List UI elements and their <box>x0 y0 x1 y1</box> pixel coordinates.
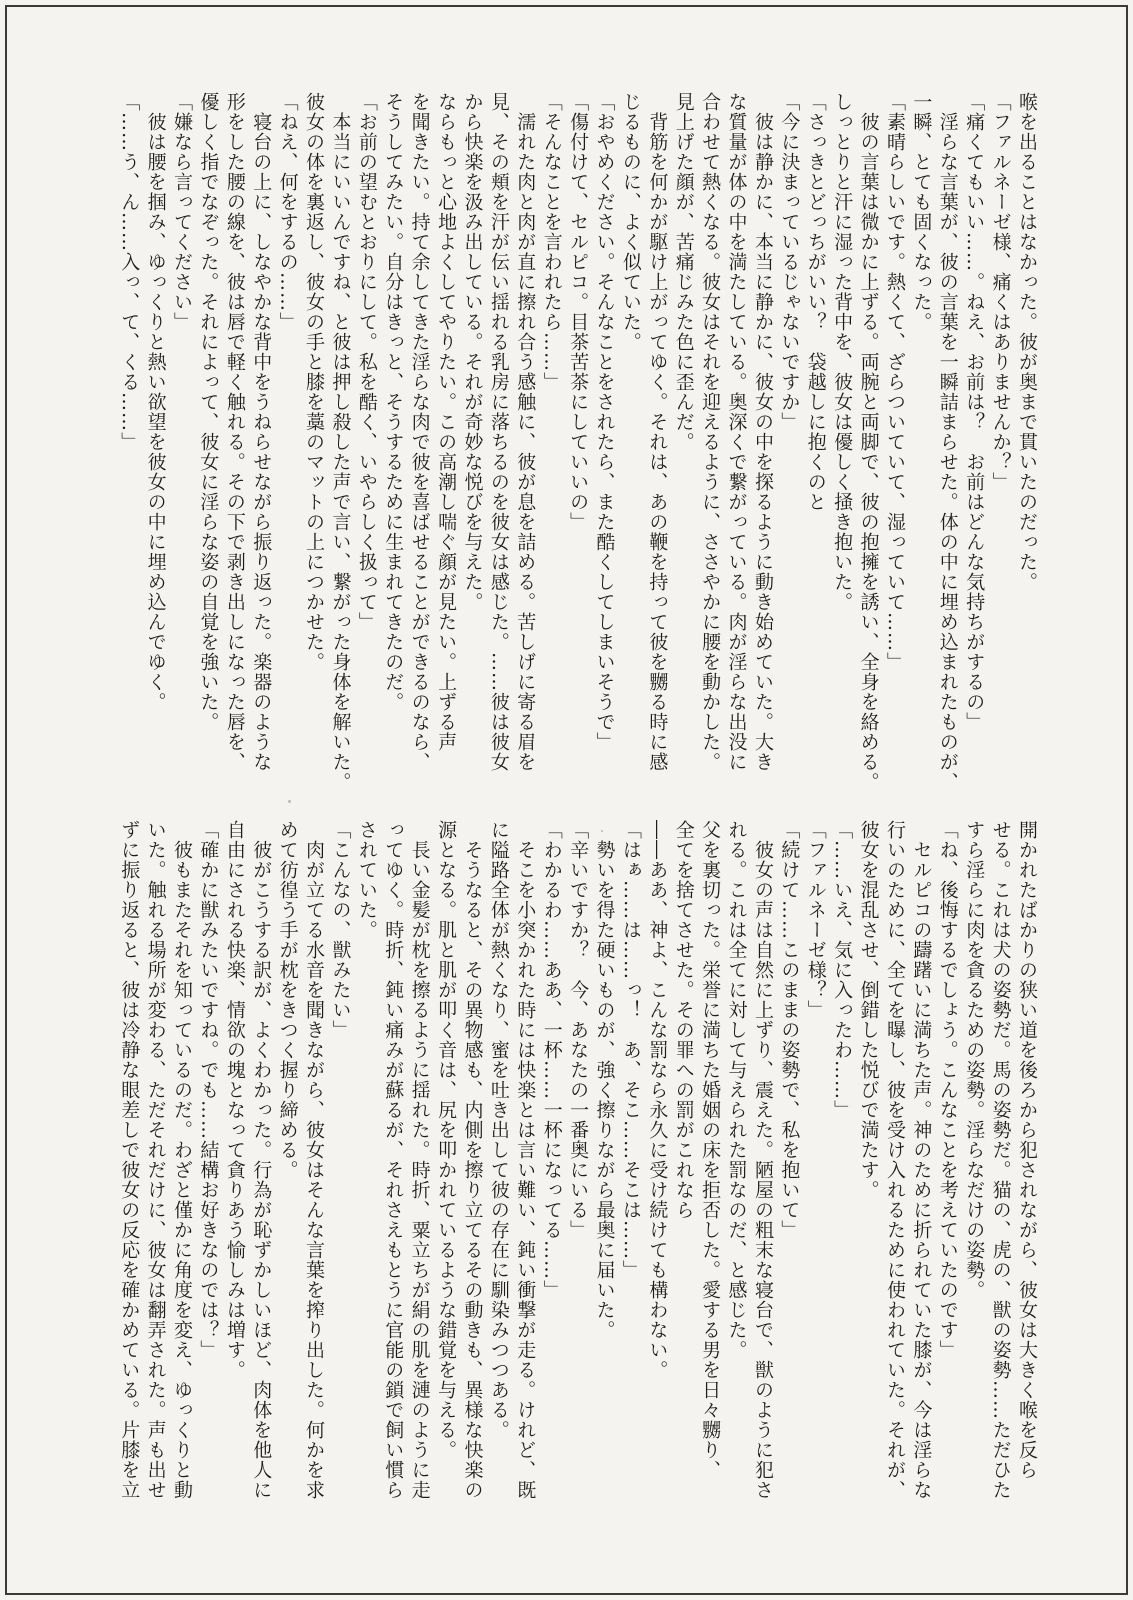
text-column: から快楽を汲み出している。それが奇妙な悦びを与えた。 <box>459 92 485 792</box>
text-column: 「続けて……このままの姿勢で、私を抱いて」 <box>776 820 802 1520</box>
bottom-text-block: 開かれたばかりの狭い道を後ろから犯されながら、彼女は大きく喉を反らせる。これは犬… <box>116 820 1040 1520</box>
text-column: 「こんなの、獣みたい」 <box>327 820 353 1520</box>
text-column: 長い金髪が枕を擦るように揺れた。時折、粟立ちが絹の肌を漣のように走 <box>406 820 432 1520</box>
text-column: 父を裏切った。栄誉に満ちた婚姻の床を拒否した。愛する男を日々嬲り、 <box>697 820 723 1520</box>
text-column: ――ああ、神よ、こんな罰なら永久に受け続けても構わない。 <box>644 820 670 1520</box>
text-column: せる。これは犬の姿勢だ。馬の姿勢だ。猫の、虎の、獣の姿勢……ただひた <box>987 820 1013 1520</box>
text-column: 合わせて熱くなる。彼女はそれを迎えるように、ささやかに腰を動かした。 <box>697 92 723 792</box>
text-column: 見上げた顔が、苦痛じみた色に歪んだ。 <box>670 92 696 792</box>
text-column: れる。これは全てに対して与えられた罰なのだ、と感じた。 <box>723 820 749 1520</box>
text-column: 行いのために、全てを曝し、彼を受け入れるために使われていた。それが、 <box>882 820 908 1520</box>
text-column: 「お前の望むとおりにして。私を酷く、いやらしく扱って」 <box>353 92 379 792</box>
text-column: しっとりと汗に湿った背中を、彼女は優しく掻き抱いた。 <box>829 92 855 792</box>
text-column: 「今に決まっているじゃないですか」 <box>776 92 802 792</box>
text-column: 本当にいいんですね、と彼は押し殺した声で言い、繋がった身体を解いた。 <box>327 92 353 792</box>
text-column: 淫らな言葉が、彼の言葉を一瞬詰まらせた。体の中に埋め込まれたものが、 <box>934 92 960 792</box>
text-column: セルピコの躊躇いに満ちた声。神のために折られていた膝が、今は淫らな <box>908 820 934 1520</box>
text-column: 「嫌なら言ってください」 <box>169 92 195 792</box>
text-column: 濡れた肉と肉が直に擦れ合う感触に、彼が息を詰める。苦しげに寄る眉を <box>512 92 538 792</box>
text-column: な質量が体の中を満たしている。奥深くで繋がっている。肉が淫らな出没に <box>723 92 749 792</box>
top-text-block: 喉を出ることはなかった。彼が奥まで貫いたのだった。「ファルネーゼ様、痛くはありま… <box>116 92 1040 792</box>
text-column: そうしてみたい。自分はきっと、そうするために生まれてきたのだ。 <box>380 92 406 792</box>
text-column: に隘路全体が熱くなり、蜜を吐き出して彼の存在に馴染みつつある。 <box>485 820 511 1520</box>
text-column: 源となる。肌と肌が叩く音は、尻を叩かれているような錯覚を与える。 <box>433 820 459 1520</box>
text-column: すら淫らに肉を貪るための姿勢。淫らなだけの姿勢。 <box>961 820 987 1520</box>
text-column: そうなると、その異物感も、内側を擦り立てるその動きも、異様な快楽の <box>459 820 485 1520</box>
text-column: 彼がこうする訳が、よくわかった。行為が恥ずかしいほど、肉体を他人に <box>248 820 274 1520</box>
text-column: 「ねえ、何をするの……」 <box>274 92 300 792</box>
text-column: 寝台の上に、しなやかな背中をうねらせながら振り返った。楽器のような <box>248 92 274 792</box>
text-column: 優しく指でなぞった。それによって、彼女に淫らな姿の自覚を強いた。 <box>195 92 221 792</box>
text-column: を聞きたい。持て余してきた淫らな肉で彼を喜ばせることができるのなら、 <box>406 92 432 792</box>
text-column: 一瞬、とても固くなった。 <box>908 92 934 792</box>
text-column: 彼女の声は自然に上ずり、震えた。陋屋の粗末な寝台で、獣のように犯さ <box>750 820 776 1520</box>
text-column: 彼もまたそれを知っているのだ。わざと僅かに角度を変え、ゆっくりと動 <box>169 820 195 1520</box>
text-column: 「はぁ……は……っ！ あ、そこ……そこは……」 <box>618 820 644 1520</box>
text-column: 「確かに獣みたいですね。でも……結構お好きなのでは？」 <box>195 820 221 1520</box>
text-column: 彼の言葉は微かに上ずる。両腕と両脚で、彼の抱擁を誘い、全身を絡める。 <box>855 92 881 792</box>
text-column: ならもっと心地よくしてやりたい。この高潮し喘ぐ顔が見たい。上ずる声 <box>433 92 459 792</box>
scan-speckle <box>601 830 603 832</box>
text-column: 「ファルネーゼ様？」 <box>802 820 828 1520</box>
text-column: じるものに、よく似ていた。 <box>618 92 644 792</box>
text-column: 「わかるわ……ああ、一杯……一杯になってる……」 <box>538 820 564 1520</box>
text-column: 「ね、後悔するでしょう。こんなことを考えていたのです」 <box>934 820 960 1520</box>
text-column: 「傷付けて、セルピコ。目茶苦茶にしていいの」 <box>565 92 591 792</box>
text-column: そこを小突かれた時には快楽とは言い難い、鈍い衝撃が走る。けれど、既 <box>512 820 538 1520</box>
text-column: 彼女を混乱させ、倒錯した悦びで満たす。 <box>855 820 881 1520</box>
text-column: 全てを捨てさせた。その罪への罰がこれなら <box>670 820 696 1520</box>
text-column: 「さっきとどっちがいい？ 袋越しに抱くのと <box>802 92 828 792</box>
scanned-page: 喉を出ることはなかった。彼が奥まで貫いたのだった。「ファルネーゼ様、痛くはありま… <box>0 0 1133 1600</box>
scan-speckle <box>288 800 291 803</box>
text-column: いた。触れる場所が変わる、ただそれだけに、彼女は翻弄された。声も出せ <box>142 820 168 1520</box>
text-column: 「おやめください。そんなことをされたら、また酷くしてしまいそうで」 <box>591 92 617 792</box>
text-column: 彼女の体を裏返し、彼女の手と膝を藁のマットの上につかせた。 <box>301 92 327 792</box>
text-column: 勢いを得た硬いものが、強く擦りながら最奥に届いた。 <box>591 820 617 1520</box>
text-column: 「そんなことを言われたら……」 <box>538 92 564 792</box>
text-column: めて彷徨う手が枕をきつく握り締める。 <box>274 820 300 1520</box>
text-column: 自由にされる快楽、情欲の塊となって貪りあう愉しみは増す。 <box>221 820 247 1520</box>
text-column: 「……う、ん……入っ、て、くる……」 <box>116 92 142 792</box>
text-column: されていた。 <box>353 820 379 1520</box>
text-column: 開かれたばかりの狭い道を後ろから犯されながら、彼女は大きく喉を反ら <box>1014 820 1040 1520</box>
text-column: 「痛くてもいい……。ねえ、お前は？ お前はどんな気持ちがするの」 <box>961 92 987 792</box>
text-column: ずに振り返ると、彼は冷静な眼差しで彼女の反応を確かめている。片膝を立 <box>116 820 142 1520</box>
text-column: 「ファルネーゼ様、痛くはありませんか？」 <box>987 92 1013 792</box>
text-column: 彼は静かに、本当に静かに、彼女の中を探るように動き始めていた。大き <box>750 92 776 792</box>
text-column: ってゆく。時折、鈍い痛みが蘇るが、それさえもとうに官能の鎖で飼い慣ら <box>380 820 406 1520</box>
text-column: 「……いえ、気に入ったわ……」 <box>829 820 855 1520</box>
text-column: 喉を出ることはなかった。彼が奥まで貫いたのだった。 <box>1014 92 1040 792</box>
text-column: 肉が立てる水音を聞きながら、彼女はそんな言葉を搾り出した。何かを求 <box>301 820 327 1520</box>
text-column: 背筋を何かが駆け上がってゆく。それは、あの鞭を持って彼を嬲る時に感 <box>644 92 670 792</box>
text-column: 彼は腰を掴み、ゆっくりと熱い欲望を彼女の中に埋め込んでゆく。 <box>142 92 168 792</box>
text-column: 「素晴らしいです。熱くて、ざらついていて、湿っていて……」 <box>882 92 908 792</box>
text-column: 見、その頬を汗が伝い揺れる乳房に落ちるのを彼女は感じた。……彼は彼女 <box>485 92 511 792</box>
text-column: 形をした腰の線を、彼は唇で軽く触れる。その下で剥き出しになった唇を、 <box>221 92 247 792</box>
text-column: 「辛いですか？ 今、あなたの一番奥にいる」 <box>565 820 591 1520</box>
